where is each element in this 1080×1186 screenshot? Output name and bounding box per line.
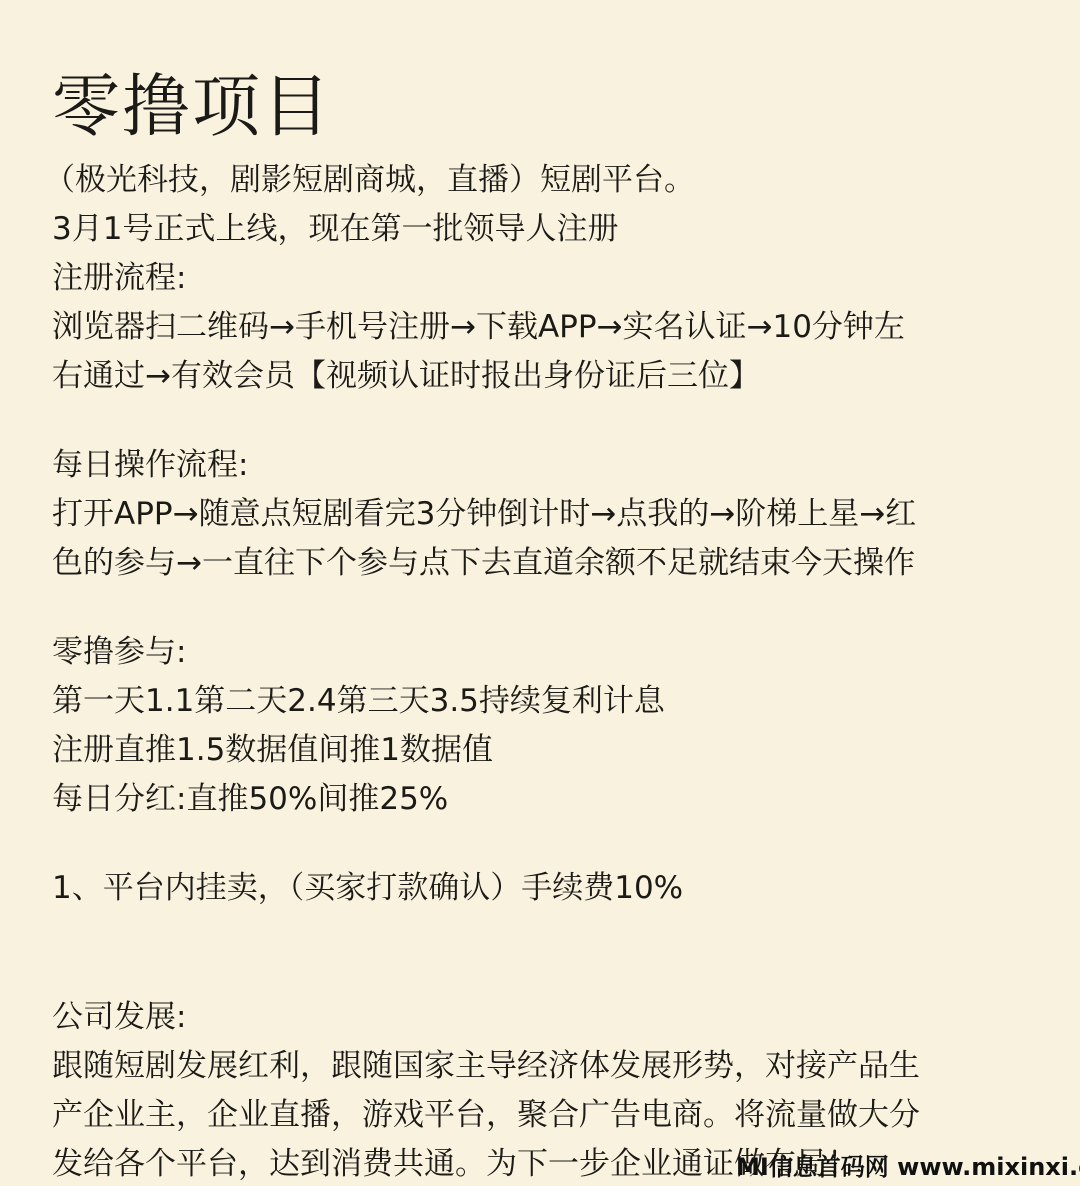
page-title: 零撸项目	[52, 68, 332, 148]
registration-line: 浏览器扫二维码→手机号注册→下载APP→实名认证→10分钟左	[52, 307, 905, 347]
participation-line: 注册直推1.5数据值间推1数据值	[52, 730, 493, 770]
company-line: 跟随短剧发展红利，跟随国家主导经济体发展形势，对接产品生	[52, 1046, 920, 1086]
daily-operation-line: 色的参与→一直往下个参与点下去直道余额不足就结束今天操作	[52, 543, 915, 583]
intro-line: （极光科技，剧影短剧商城，直播）短剧平台。	[44, 160, 695, 200]
company-heading: 公司发展:	[52, 997, 186, 1037]
watermark: MI信息首码网 www.mixinxi.com	[736, 1152, 1080, 1182]
participation-line: 每日分红:直推50%间推25%	[52, 779, 448, 819]
daily-operation-heading: 每日操作流程:	[52, 445, 248, 485]
participation-heading: 零撸参与:	[52, 632, 186, 672]
registration-heading: 注册流程:	[52, 258, 186, 298]
daily-operation-line: 打开APP→随意点短剧看完3分钟倒计时→点我的→阶梯上星→红	[52, 494, 916, 534]
participation-line: 第一天1.1第二天2.4第三天3.5持续复利计息	[52, 681, 665, 721]
company-line: 产企业主，企业直播，游戏平台，聚合广告电商。将流量做大分	[52, 1095, 920, 1135]
intro-line: 3月1号正式上线，现在第一批领导人注册	[52, 209, 618, 249]
registration-line: 右通过→有效会员【视频认证时报出身份证后三位】	[52, 356, 760, 396]
note-line: 1、平台内挂卖，（买家打款确认）手续费10%	[52, 868, 683, 908]
